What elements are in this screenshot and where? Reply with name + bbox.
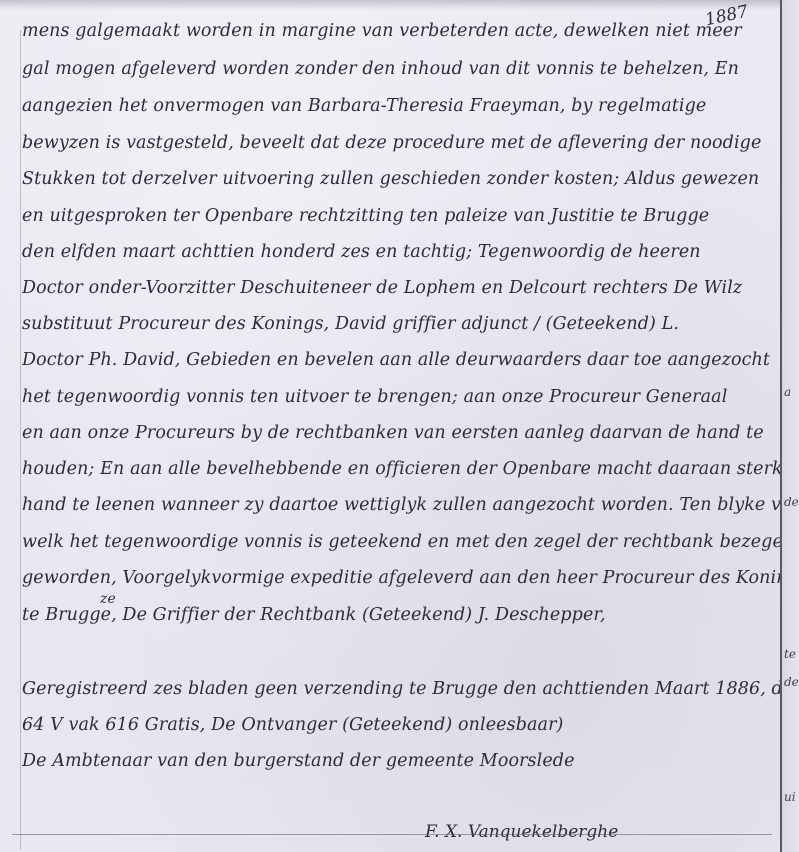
text-line-11: het tegenwoordig vonnis ten uitvoer te b… <box>22 386 780 408</box>
text-line-5: Stukken tot derzelver uitvoering zullen … <box>22 168 780 190</box>
signature: F. X. Vanquekelberghe <box>425 822 618 842</box>
text-line-13: houden; En aan alle bevelhebbende en off… <box>22 458 780 480</box>
footer-rule <box>12 834 772 835</box>
scan-edge-shadow <box>0 0 799 10</box>
text-line-18: Geregistreerd zes bladen geen verzending… <box>22 678 780 700</box>
interlinear-note: ze <box>100 588 140 610</box>
margin-mark: ui <box>784 790 796 804</box>
text-line-16: geworden, Voorgelykvormige expeditie afg… <box>22 567 780 589</box>
text-line-14: hand te leenen wanneer zy daartoe wettig… <box>22 494 780 516</box>
text-line-7: den elfden maart achttien honderd zes en… <box>22 241 780 263</box>
text-line-4: bewyzen is vastgesteld, beveelt dat deze… <box>22 132 780 154</box>
text-line-19: 64 V vak 616 Gratis, De Ontvanger (Getee… <box>22 714 780 736</box>
text-line-15: welk het tegenwoordige vonnis is geteeke… <box>22 531 780 553</box>
text-line-20: De Ambtenaar van den burgerstand der gem… <box>22 750 780 772</box>
text-line-8: Doctor onder-Voorzitter Deschuiteneer de… <box>22 277 780 299</box>
margin-mark: de <box>784 675 799 689</box>
left-margin-rule <box>20 30 21 850</box>
adjacent-page-strip <box>782 0 799 852</box>
text-line-6: en uitgesproken ter Openbare rechtzittin… <box>22 205 780 227</box>
margin-mark: a <box>784 385 791 399</box>
text-line-10: Doctor Ph. David, Gebieden en bevelen aa… <box>22 349 780 371</box>
margin-mark: te <box>784 647 796 661</box>
text-line-12: en aan onze Procureurs by de rechtbanken… <box>22 422 780 444</box>
margin-mark: de <box>784 495 799 509</box>
text-line-1: mens galgemaakt worden in margine van ve… <box>22 20 780 42</box>
text-line-2: gal mogen afgeleverd worden zonder den i… <box>22 58 780 80</box>
right-margin-rule <box>780 0 782 852</box>
text-line-9: substituut Procureur des Konings, David … <box>22 313 780 335</box>
document-page: 1887 mens galgemaakt worden in margine v… <box>0 0 799 852</box>
text-line-3: aangezien het onvermogen van Barbara-The… <box>22 95 780 117</box>
